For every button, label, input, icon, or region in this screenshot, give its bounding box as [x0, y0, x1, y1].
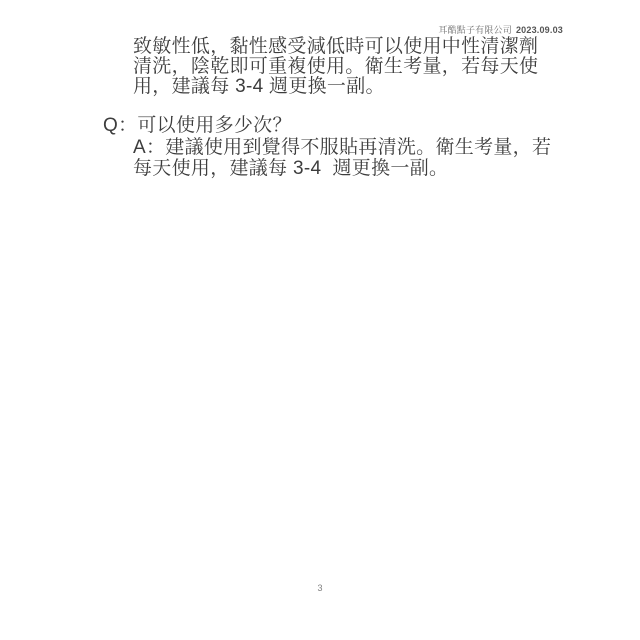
page-header: 耳酷點子有限公司2023.09.03	[0, 23, 563, 36]
answer-line-2: 每天使用，建議每 3-4 週更換一副。	[133, 159, 448, 179]
header-date: 2023.09.03	[516, 25, 563, 35]
page-number: 3	[0, 583, 640, 593]
document-page: 耳酷點子有限公司2023.09.03 致敏性低，黏性感受減低時可以使用中性清潔劑…	[0, 0, 640, 640]
paragraph-line-1: 致敏性低，黏性感受減低時可以使用中性清潔劑	[133, 37, 538, 57]
header-company-name: 耳酷點子有限公司	[438, 25, 512, 35]
paragraph-line-2: 清洗，陰乾即可重複使用。衛生考量，若每天使	[133, 57, 538, 77]
answer-line-1: A：建議使用到覺得不服貼再清洗。衛生考量，若	[133, 138, 551, 158]
paragraph-line-3: 用，建議每 3-4 週更換一副。	[133, 77, 385, 97]
question-line: Q：可以使用多少次？	[103, 116, 292, 136]
